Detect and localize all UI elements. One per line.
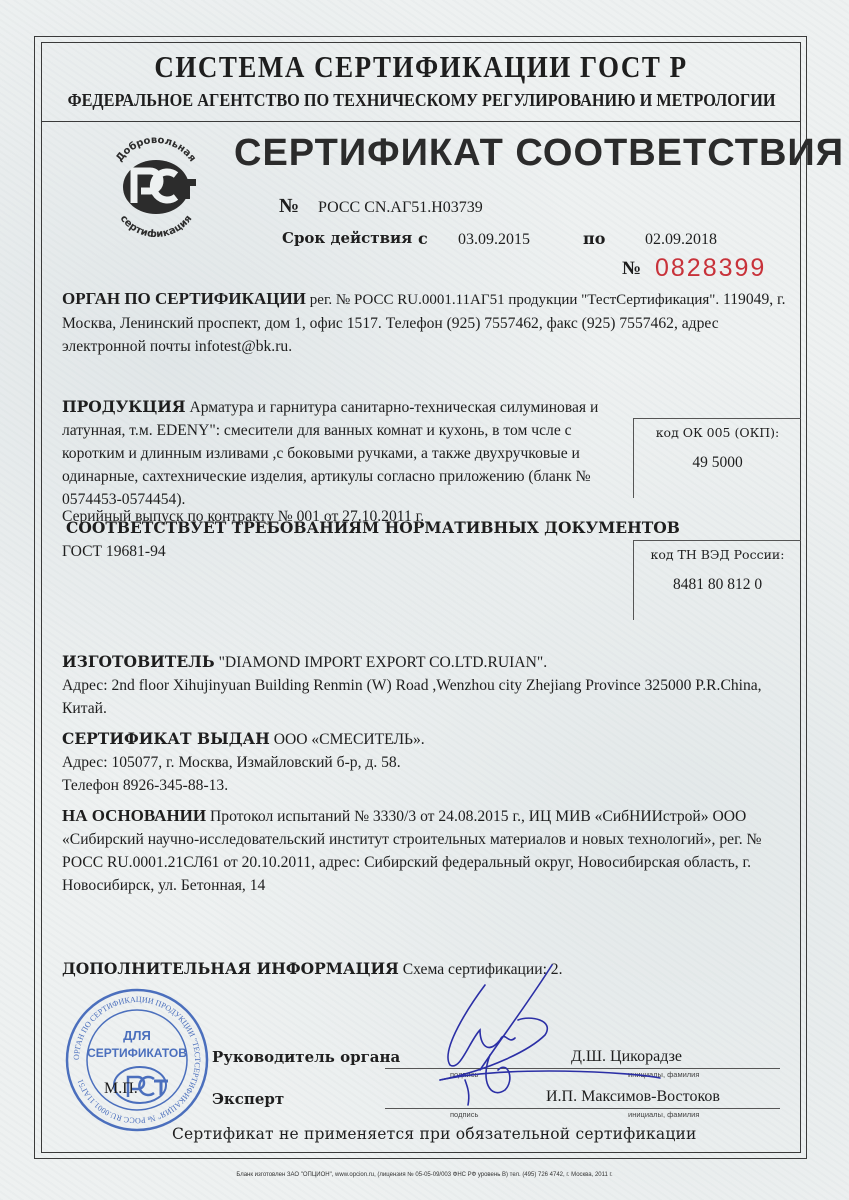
svg-text:СЕРТИФИКАТОВ: СЕРТИФИКАТОВ bbox=[87, 1046, 187, 1060]
issued-to-name: ООО «СМЕСИТЕЛЬ». bbox=[274, 731, 425, 748]
basis-protocol: Протокол испытаний № 3330/3 от 24.08.201… bbox=[210, 808, 709, 825]
basis-heading: НА ОСНОВАНИИ bbox=[62, 806, 206, 825]
certificate-number-label: № bbox=[279, 195, 299, 218]
product-section: ПРОДУКЦИЯ Арматура и гарнитура санитарно… bbox=[62, 395, 617, 511]
certification-body-section: ОРГАН ПО СЕРТИФИКАЦИИ рег. № РОСС RU.000… bbox=[62, 287, 797, 358]
svg-text:сертификация: сертификация bbox=[118, 213, 195, 237]
svg-text:Добровольная: Добровольная bbox=[114, 135, 198, 164]
header-divider bbox=[41, 121, 801, 122]
issued-to-phone: Телефон 8926-345-88-13. bbox=[62, 777, 228, 794]
certification-body-heading: ОРГАН ПО СЕРТИФИКАЦИИ bbox=[62, 289, 306, 308]
manufacturer-section: ИЗГОТОВИТЕЛЬ "DIAMOND IMPORT EXPORT CO.L… bbox=[62, 650, 802, 720]
disclaimer: Сертификат не применяется при обязательн… bbox=[172, 1125, 697, 1143]
conformity-heading: СООТВЕТСТВУЕТ ТРЕБОВАНИЯМ НОРМАТИВНЫХ ДО… bbox=[66, 518, 680, 537]
certification-body-reg: рег. № РОСС RU.0001.11АГ51 продукции "Те… bbox=[310, 292, 719, 308]
conformity-standard: ГОСТ 19681-94 bbox=[62, 540, 166, 563]
svg-text:ДЛЯ: ДЛЯ bbox=[123, 1028, 151, 1043]
agency-title: ФЕДЕРАЛЬНОЕ АГЕНТСТВО ПО ТЕХНИЧЕСКОМУ РЕ… bbox=[68, 90, 775, 111]
issued-to-heading: СЕРТИФИКАТ ВЫДАН bbox=[62, 729, 270, 748]
product-heading: ПРОДУКЦИЯ bbox=[62, 397, 186, 416]
blank-number-label: № bbox=[622, 258, 641, 280]
blank-number: 0828399 bbox=[655, 254, 766, 283]
tnved-code-box: код ТН ВЭД России: 8481 80 812 0 bbox=[633, 540, 801, 620]
tnved-code-label: код ТН ВЭД России: bbox=[634, 547, 801, 562]
manufacturer-name: "DIAMOND IMPORT EXPORT CO.LTD.RUIAN". bbox=[219, 654, 548, 671]
certificate-title: СЕРТИФИКАТ СООТВЕТСТВИЯ bbox=[234, 132, 844, 175]
manufacturer-address: Адрес: 2nd floor Xihujinyuan Building Re… bbox=[62, 677, 762, 717]
validity-label: Срок действия bbox=[282, 229, 412, 247]
certificate-number: РОСС CN.АГ51.Н03739 bbox=[318, 199, 483, 217]
valid-to-label: по bbox=[583, 229, 605, 248]
valid-from-label: с bbox=[418, 229, 428, 248]
handwritten-signature-icon bbox=[330, 960, 750, 1120]
issued-to-address: Адрес: 105077, г. Москва, Измайловский б… bbox=[62, 754, 401, 771]
seal-place-label: М.П. bbox=[104, 1080, 138, 1098]
footer-print-note: Бланк изготовлен ЗАО "ОПЦИОН", www.opcio… bbox=[0, 1172, 849, 1178]
okp-code-box: код ОК 005 (ОКП): 49 5000 bbox=[633, 418, 801, 498]
valid-to-date: 02.09.2018 bbox=[645, 231, 717, 249]
seal-stamp-icon: ОРГАН ПО СЕРТИФИКАЦИИ ПРОДУКЦИИ "ТЕСТСЕР… bbox=[62, 985, 212, 1135]
okp-code-label: код ОК 005 (ОКП): bbox=[634, 425, 801, 440]
okp-code-value: 49 5000 bbox=[634, 454, 801, 472]
expert-label: Эксперт bbox=[212, 1090, 284, 1108]
tnved-code-value: 8481 80 812 0 bbox=[634, 576, 801, 594]
system-title: СИСТЕМА СЕРТИФИКАЦИИ ГОСТ Р bbox=[41, 50, 801, 85]
rst-logo-icon: Добровольная сертификация bbox=[104, 133, 208, 237]
basis-section: НА ОСНОВАНИИ Протокол испытаний № 3330/3… bbox=[62, 804, 802, 897]
issued-to-section: СЕРТИФИКАТ ВЫДАН ООО «СМЕСИТЕЛЬ». Адрес:… bbox=[62, 727, 622, 797]
manufacturer-heading: ИЗГОТОВИТЕЛЬ bbox=[62, 652, 215, 671]
valid-from-date: 03.09.2015 bbox=[458, 231, 530, 249]
